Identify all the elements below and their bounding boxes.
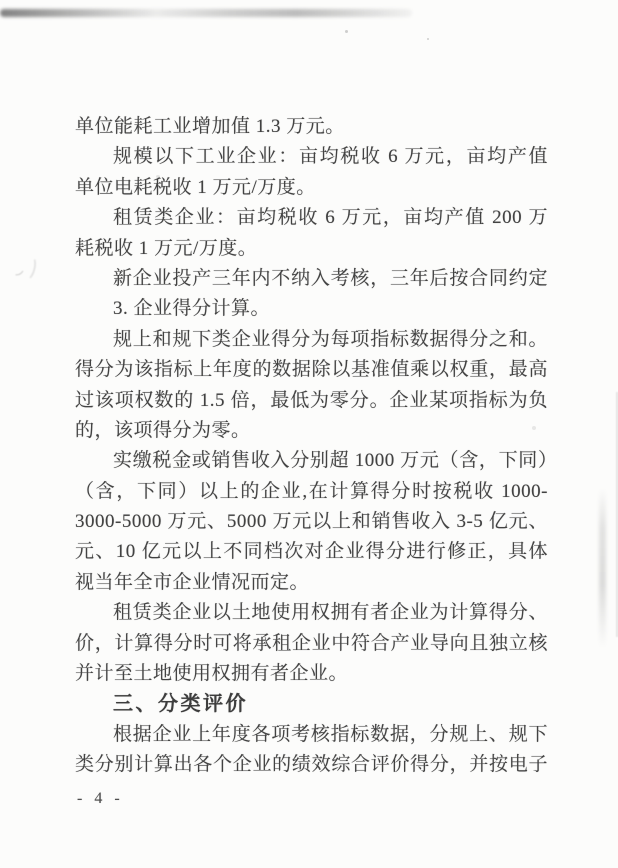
text-line: 价，计算得分时可将承租企业中符合产业导向且独立核算的数据 xyxy=(75,629,548,659)
text-line: 3. 企业得分计算。 xyxy=(75,294,548,324)
scan-speck xyxy=(427,38,429,40)
text-line: 单位电耗税收 1 万元/万度。 xyxy=(75,173,548,203)
text-line: 规模以下工业企业：亩均税收 6 万元，亩均产值 200 万元， xyxy=(75,142,548,172)
text-line: 耗税收 1 万元/万度。 xyxy=(75,234,548,264)
text-line: 得分为该指标上年度的数据除以基准值乘以权重，最高得分不超 xyxy=(75,355,548,385)
margin-scribble xyxy=(21,255,37,281)
section-heading: 三、分类评价 xyxy=(75,689,548,719)
document-page: 单位能耗工业增加值 1.3 万元。 规模以下工业企业：亩均税收 6 万元，亩均产… xyxy=(0,0,618,868)
text-line: 新企业投产三年内不纳入考核，三年后按合同约定考核。 xyxy=(75,264,548,294)
text-line: 元、10 亿元以上不同档次对企业得分进行修正，具体修正系数 xyxy=(75,537,548,567)
text-line: 并计至土地使用权拥有者企业。 xyxy=(75,659,548,689)
scan-smudge-top xyxy=(0,9,412,17)
page-number: - 4 - xyxy=(77,790,124,808)
text-line: 视当年全市企业情况而定。 xyxy=(75,568,548,598)
document-body: 单位能耗工业增加值 1.3 万元。 规模以下工业企业：亩均税收 6 万元，亩均产… xyxy=(75,112,548,781)
text-line: 实缴税金或销售收入分别超 1000 万元（含，下同）和 3 亿 xyxy=(75,446,548,476)
text-line: 过该项权数的 1.5 倍，最低为零分。企业某项指标为负值或空缺 xyxy=(75,386,548,416)
scan-speck xyxy=(345,30,348,33)
text-line: 根据企业上年度各项考核指标数据，分规上、规下和租赁三 xyxy=(75,720,548,750)
scan-edge-shadow xyxy=(599,488,606,648)
text-line: 规上和规下类企业得分为每项指标数据得分之和。单项指标 xyxy=(75,325,548,355)
text-line: 单位能耗工业增加值 1.3 万元。 xyxy=(75,112,548,142)
text-line: 租赁类企业：亩均税收 6 万元，亩均产值 200 万元，单位电 xyxy=(75,203,548,233)
text-line: 类分别计算出各个企业的绩效综合评价得分，并按电子电器、金 xyxy=(75,750,548,780)
text-line: 3000-5000 万元、5000 万元以上和销售收入 3-5 亿元、5-10 … xyxy=(75,507,548,537)
text-line: 的，该项得分为零。 xyxy=(75,416,548,446)
text-line: 租赁类企业以土地使用权拥有者企业为计算得分、进行评 xyxy=(75,598,548,628)
text-line: （含，下同）以上的企业,在计算得分时按税收 1000-3000 万元， xyxy=(75,477,548,507)
